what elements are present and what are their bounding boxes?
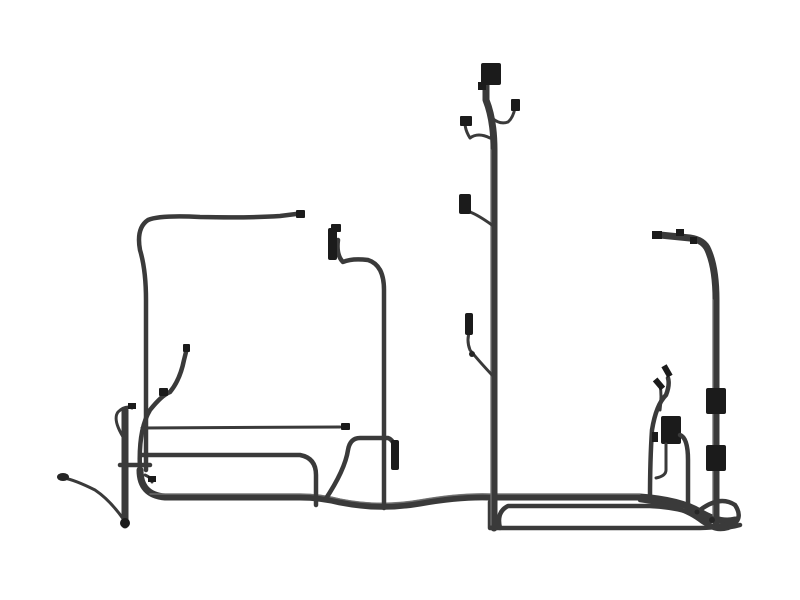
connector-left-end <box>57 473 69 481</box>
connector-upper-left <box>460 116 472 126</box>
connector-top <box>481 63 501 85</box>
fuse-block <box>661 416 681 444</box>
relay-block-upper <box>706 388 726 414</box>
wiring-harness-illustration <box>0 0 800 600</box>
relay-block-lower <box>706 445 726 471</box>
connector-horizontal-tip <box>341 423 350 430</box>
connector-mid-vertical <box>328 228 337 260</box>
connector-right-top-left <box>652 231 662 239</box>
vertical-riser-center <box>459 63 520 528</box>
left-upper-loop-branch <box>139 210 305 470</box>
connector-top-left-tip <box>296 210 305 218</box>
connector-upper-right <box>511 99 520 111</box>
connector-lower-left <box>465 313 473 335</box>
connector-top-tab <box>478 82 486 90</box>
harness-image <box>0 0 800 600</box>
connector-mid-left <box>459 194 471 214</box>
connector-diagonal-tip <box>183 344 190 352</box>
connector-hook <box>391 440 399 470</box>
mid-left-drop-branch <box>325 224 399 508</box>
